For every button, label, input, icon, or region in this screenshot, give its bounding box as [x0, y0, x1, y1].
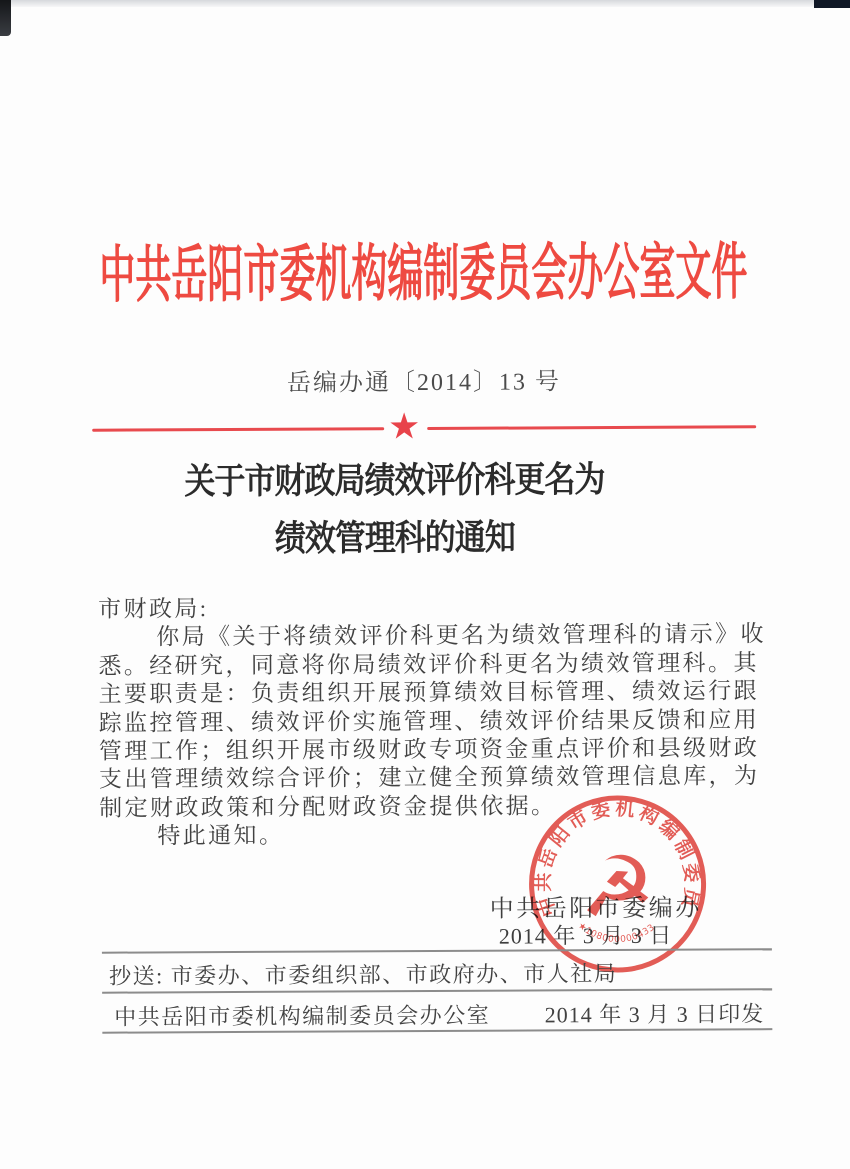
document-title-line2: 绩效管理科的通知: [0, 507, 820, 569]
document-number: 岳编办通〔2014〕13 号: [0, 360, 849, 399]
document-content: 中共岳阳市委机构编制委员会办公室文件 岳编办通〔2014〕13 号 ★ 关于市财…: [0, 0, 850, 1169]
red-rule-right: [427, 425, 756, 430]
scanned-document: { "header": { "title": "中共岳阳市委机构编制委员会办公室…: [0, 0, 850, 1169]
star-icon: ★: [388, 409, 420, 445]
body-line: 踪监控管理、绩效评价实施管理、绩效评价结果反馈和应用: [99, 706, 763, 738]
document-page: 中共岳阳市委机构编制委员会办公室文件 岳编办通〔2014〕13 号 ★ 关于市财…: [0, 0, 850, 1169]
body-line: 主要职责是：负责组织开展预算绩效目标管理、绩效运行跟: [99, 677, 763, 709]
document-header-title: 中共岳阳市委机构编制委员会办公室文件: [0, 241, 849, 307]
body-line: 悉。经研究，同意将你局绩效评价科更名为绩效管理科。其: [98, 649, 762, 681]
footer-print-date: 2014 年 3 月 3 日印发: [545, 997, 765, 1029]
cc-line: 抄送: 市委办、市委组织部、市政府办、市人社局: [109, 957, 617, 991]
document-title: 关于市财政局绩效评价科更名为 绩效管理科的通知: [0, 450, 820, 569]
body-line: 管理工作；组织开展市级财政专项资金重点评价和县级财政: [99, 734, 763, 766]
hammer-sickle-icon: ☭: [580, 838, 656, 936]
red-rule-left: [92, 427, 384, 432]
official-seal: ☭ 中共岳阳市委机构编制委员会办公室 ★108000000433: [517, 783, 718, 984]
document-title-line1: 关于市财政局绩效评价科更名为: [0, 450, 820, 512]
body-line: 你局《关于将绩效评价科更名为绩效管理科的请示》收: [98, 621, 762, 653]
salutation: 市财政局:: [98, 592, 762, 624]
footer-issuer: 中共岳阳市委机构编制委员会办公室: [114, 999, 490, 1032]
